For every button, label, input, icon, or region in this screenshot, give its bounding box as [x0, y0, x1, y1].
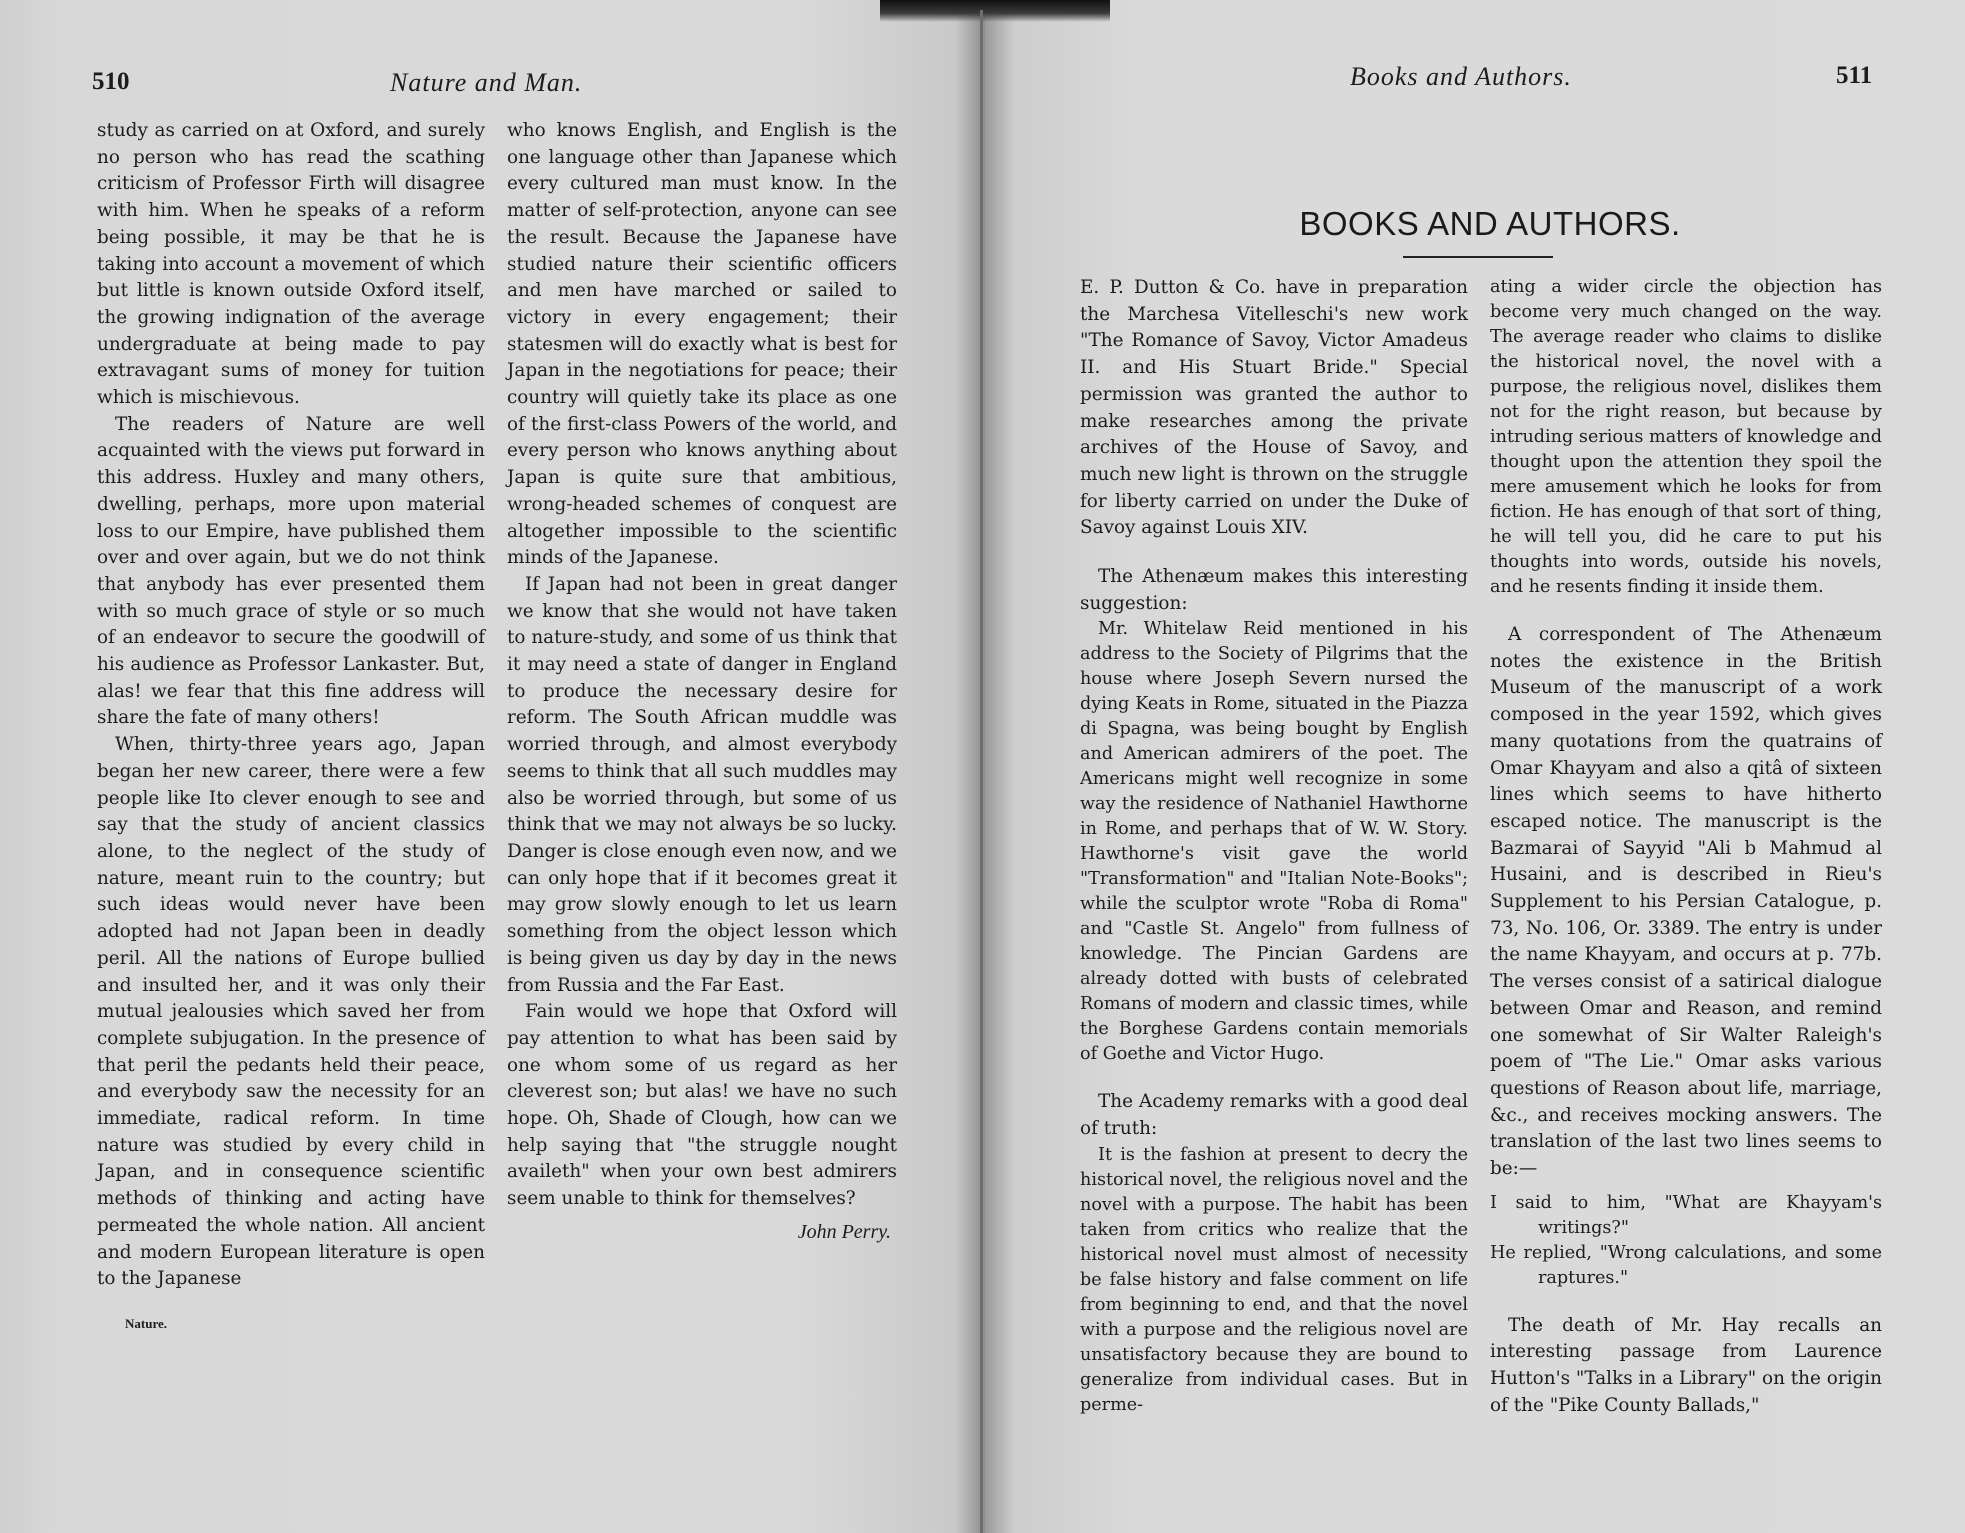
text-column-1: study as carried on at Oxford, and surel… [97, 118, 485, 1338]
verse-line: He replied, "Wrong calculations, and som… [1490, 1241, 1882, 1291]
paragraph: who knows English, and English is the on… [507, 118, 897, 572]
text-column-2: who knows English, and English is the on… [507, 118, 897, 1246]
running-head: Nature and Man. [390, 68, 582, 98]
paragraph: If Japan had not been in great danger we… [507, 572, 897, 999]
paragraph: When, thirty-three years ago, Japan bega… [97, 732, 485, 1293]
section-title: BOOKS AND AUTHORS. [1250, 205, 1730, 243]
paragraph: study as carried on at Oxford, and surel… [97, 118, 485, 412]
author-signature: John Perry. [507, 1219, 897, 1246]
paragraph: It is the fashion at present to decry th… [1080, 1143, 1468, 1418]
paragraph: The readers of Nature are well acquainte… [97, 412, 485, 732]
source-credit: Nature. [97, 1311, 485, 1338]
verse-line: I said to him, "What are Khayyam's writi… [1490, 1191, 1882, 1241]
title-rule [1403, 256, 1553, 258]
paragraph: The Athenæum makes this interesting sugg… [1080, 564, 1468, 617]
paragraph: The death of Mr. Hay recalls an interest… [1490, 1313, 1882, 1420]
book-top-shadow [880, 0, 1110, 22]
paragraph: The Academy remarks with a good deal of … [1080, 1089, 1468, 1142]
paragraph: E. P. Dutton & Co. have in preparation t… [1080, 275, 1468, 542]
paragraph: Mr. Whitelaw Reid mentioned in his addre… [1080, 617, 1468, 1067]
left-page: 510 Nature and Man. study as carried on … [0, 0, 985, 1533]
verse-quote: I said to him, "What are Khayyam's writi… [1490, 1191, 1882, 1291]
book-spine [980, 10, 983, 1533]
paragraph: ating a wider circle the objection has b… [1490, 275, 1882, 600]
paragraph: Fain would we hope that Oxford will pay … [507, 999, 897, 1213]
running-head: Books and Authors. [1350, 62, 1572, 92]
paragraph: A correspondent of The Athenæum notes th… [1490, 622, 1882, 1183]
text-column-1: E. P. Dutton & Co. have in preparation t… [1080, 275, 1468, 1418]
page-number: 510 [92, 68, 130, 96]
page-number: 511 [1836, 62, 1872, 90]
text-column-2: ating a wider circle the objection has b… [1490, 275, 1882, 1420]
